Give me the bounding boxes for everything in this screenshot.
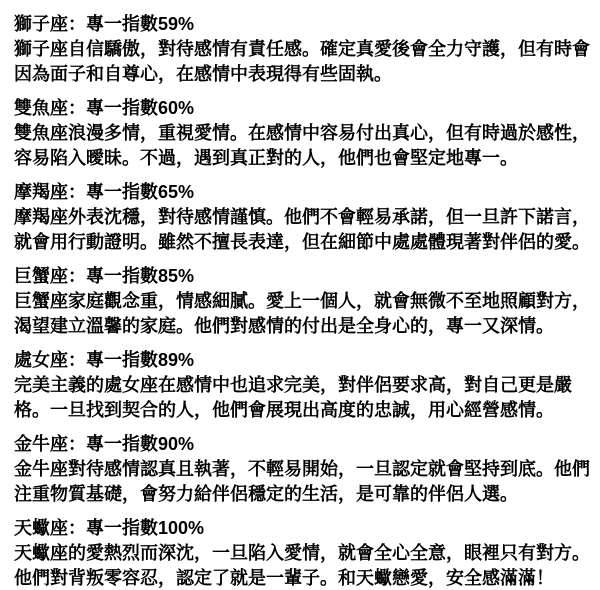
section-body-line: 摩羯座外表沈穩，對待感情謹慎。他們不會輕易承諾，但一旦許下諾言， [14, 205, 598, 230]
section-heading: 巨蟹座：專一指數85% [14, 264, 598, 289]
section-heading: 獅子座：專一指數59% [14, 12, 598, 37]
section-body-line: 容易陷入曖昧。不過，遇到真正對的人，他們也會堅定地專一。 [14, 146, 598, 171]
section-body-line: 天蠍座的愛熱烈而深沈，一旦陷入愛情，就會全心全意，眼裡只有對方。 [14, 541, 598, 566]
section-taurus: 金牛座：專一指數90% 金牛座對待感情認真且執著，不輕易開始，一旦認定就會堅持到… [14, 432, 598, 507]
zodiac-loyalty-article: 獅子座：專一指數59% 獅子座自信驕傲，對待感情有責任感。確定真愛後會全力守護，… [0, 0, 600, 590]
section-body-line: 就會用行動證明。雖然不擅長表達，但在細節中處處體現著對伴侶的愛。 [14, 230, 598, 255]
section-heading: 金牛座：專一指數90% [14, 432, 598, 457]
section-cancer: 巨蟹座：專一指數85% 巨蟹座家庭觀念重，情感細膩。愛上一個人，就會無微不至地照… [14, 264, 598, 339]
section-scorpio: 天蠍座：專一指數100% 天蠍座的愛熱烈而深沈，一旦陷入愛情，就會全心全意，眼裡… [14, 516, 598, 590]
section-virgo: 處女座：專一指數89% 完美主義的處女座在感情中也追求完美，對伴侶要求高，對自己… [14, 348, 598, 423]
section-body-line: 因為面子和自尊心，在感情中表現得有些固執。 [14, 62, 598, 87]
section-heading: 摩羯座：專一指數65% [14, 180, 598, 205]
section-capricorn: 摩羯座：專一指數65% 摩羯座外表沈穩，對待感情謹慎。他們不會輕易承諾，但一旦許… [14, 180, 598, 255]
section-leo: 獅子座：專一指數59% 獅子座自信驕傲，對待感情有責任感。確定真愛後會全力守護，… [14, 12, 598, 87]
section-body-line: 獅子座自信驕傲，對待感情有責任感。確定真愛後會全力守護，但有時會 [14, 37, 598, 62]
section-body-line: 雙魚座浪漫多情，重視愛情。在感情中容易付出真心，但有時過於感性， [14, 121, 598, 146]
section-body-line: 他們對背叛零容忍，認定了就是一輩子。和天蠍戀愛，安全感滿滿！ [14, 566, 598, 590]
section-body-line: 金牛座對待感情認真且執著，不輕易開始，一旦認定就會堅持到底。他們 [14, 457, 598, 482]
section-body-line: 巨蟹座家庭觀念重，情感細膩。愛上一個人，就會無微不至地照顧對方， [14, 289, 598, 314]
section-pisces: 雙魚座：專一指數60% 雙魚座浪漫多情，重視愛情。在感情中容易付出真心，但有時過… [14, 96, 598, 171]
section-body-line: 完美主義的處女座在感情中也追求完美，對伴侶要求高，對自己更是嚴 [14, 373, 598, 398]
section-heading: 處女座：專一指數89% [14, 348, 598, 373]
section-body-line: 渴望建立溫馨的家庭。他們對感情的付出是全身心的，專一又深情。 [14, 314, 598, 339]
section-body-line: 格。一旦找到契合的人，他們會展現出高度的忠誠，用心經營感情。 [14, 398, 598, 423]
section-heading: 天蠍座：專一指數100% [14, 516, 598, 541]
section-body-line: 注重物質基礎，會努力給伴侶穩定的生活，是可靠的伴侶人選。 [14, 482, 598, 507]
section-heading: 雙魚座：專一指數60% [14, 96, 598, 121]
